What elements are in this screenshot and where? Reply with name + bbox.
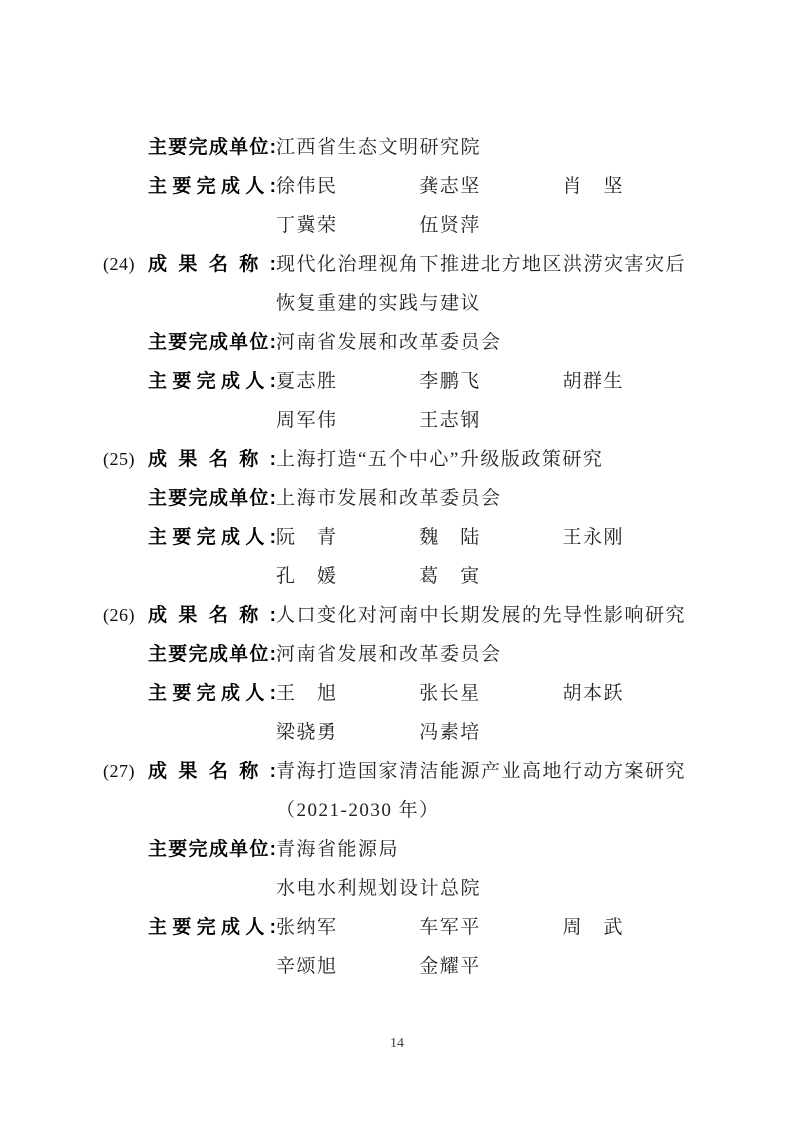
person-name: 梁骁勇 [276, 713, 413, 752]
persons-line: 周军伟 王志钢 [276, 401, 734, 440]
units-label: 主要完成单位: [148, 128, 276, 167]
unit-row: 主要完成单位: 上海市发展和改革委员会 [103, 479, 734, 518]
person-name: 徐伟民 [276, 167, 413, 206]
person-name: 龚志坚 [419, 167, 556, 206]
entry-number: (25) [103, 440, 148, 479]
result-title: 人口变化对河南中长期发展的先导性影响研究 [276, 596, 734, 635]
document-content: 主要完成单位: 江西省生态文明研究院 主要完成人: 徐伟民 龚志坚 肖 坚 丁冀… [0, 0, 794, 986]
unit-name: 上海市发展和改革委员会 [276, 479, 734, 518]
unit-row: 主要完成单位: 青海省能源局 [103, 830, 734, 869]
persons-continuation-row: 辛颂旭 金耀平 [103, 947, 734, 986]
persons-line: 梁骁勇 冯素培 [276, 713, 734, 752]
result-name-label: 成果名称: [148, 440, 276, 479]
persons-line: 徐伟民 龚志坚 肖 坚 [276, 167, 734, 206]
result-title-continued: （2021-2030 年） [276, 791, 734, 830]
person-name: 阮 青 [276, 518, 413, 557]
person-name: 张纳军 [276, 908, 413, 947]
persons-label: 主要完成人: [148, 362, 276, 401]
person-name: 王志钢 [419, 401, 556, 440]
title-row: (27) 成果名称: 青海打造国家清洁能源产业高地行动方案研究 [103, 752, 734, 791]
document-page: 主要完成单位: 江西省生态文明研究院 主要完成人: 徐伟民 龚志坚 肖 坚 丁冀… [0, 0, 794, 1123]
unit-row: 主要完成单位: 河南省发展和改革委员会 [103, 635, 734, 674]
result-title-continued: 恢复重建的实践与建议 [276, 284, 734, 323]
result-name-label: 成果名称: [148, 245, 276, 284]
unit-name: 江西省生态文明研究院 [276, 128, 734, 167]
page-number: 14 [0, 1036, 794, 1052]
entry-number: (26) [103, 596, 148, 635]
persons-label: 主要完成人: [148, 518, 276, 557]
title-row: (24) 成果名称: 现代化治理视角下推进北方地区洪涝灾害灾后 [103, 245, 734, 284]
title-continuation-row: （2021-2030 年） [103, 791, 734, 830]
unit-name: 河南省发展和改革委员会 [276, 635, 734, 674]
unit-name: 青海省能源局 [276, 830, 734, 869]
title-continuation-row: 恢复重建的实践与建议 [103, 284, 734, 323]
unit-continuation-row: 水电水利规划设计总院 [103, 869, 734, 908]
persons-line: 王 旭 张长星 胡本跃 [276, 674, 734, 713]
person-name: 魏 陆 [419, 518, 556, 557]
result-title: 现代化治理视角下推进北方地区洪涝灾害灾后 [276, 245, 734, 284]
result-title: 上海打造“五个中心”升级版政策研究 [276, 440, 734, 479]
person-name: 周军伟 [276, 401, 413, 440]
person-name: 王永刚 [563, 518, 700, 557]
person-name: 肖 坚 [563, 167, 700, 206]
persons-line: 辛颂旭 金耀平 [276, 947, 734, 986]
persons-row: 主要完成人: 夏志胜 李鹏飞 胡群生 [103, 362, 734, 401]
persons-label: 主要完成人: [148, 908, 276, 947]
person-name: 金耀平 [419, 947, 556, 986]
persons-line: 丁冀荣 伍贤萍 [276, 206, 734, 245]
person-name: 车军平 [419, 908, 556, 947]
entry-number: (24) [103, 245, 148, 284]
persons-line: 阮 青 魏 陆 王永刚 [276, 518, 734, 557]
title-row: (26) 成果名称: 人口变化对河南中长期发展的先导性影响研究 [103, 596, 734, 635]
persons-row: 主要完成人: 徐伟民 龚志坚 肖 坚 [103, 167, 734, 206]
unit-row: 主要完成单位: 江西省生态文明研究院 [103, 128, 734, 167]
person-name: 夏志胜 [276, 362, 413, 401]
persons-line: 张纳军 车军平 周 武 [276, 908, 734, 947]
person-name: 冯素培 [419, 713, 556, 752]
persons-line: 孔 媛 葛 寅 [276, 557, 734, 596]
persons-continuation-row: 周军伟 王志钢 [103, 401, 734, 440]
units-label: 主要完成单位: [148, 323, 276, 362]
person-name: 孔 媛 [276, 557, 413, 596]
person-name: 胡本跃 [563, 674, 700, 713]
result-title: 青海打造国家清洁能源产业高地行动方案研究 [276, 752, 734, 791]
units-label: 主要完成单位: [148, 830, 276, 869]
person-name: 辛颂旭 [276, 947, 413, 986]
unit-name: 河南省发展和改革委员会 [276, 323, 734, 362]
persons-continuation-row: 孔 媛 葛 寅 [103, 557, 734, 596]
persons-label: 主要完成人: [148, 674, 276, 713]
persons-row: 主要完成人: 阮 青 魏 陆 王永刚 [103, 518, 734, 557]
person-name: 胡群生 [563, 362, 700, 401]
person-name: 伍贤萍 [419, 206, 556, 245]
entry-number: (27) [103, 752, 148, 791]
person-name: 周 武 [563, 908, 700, 947]
person-name: 张长星 [419, 674, 556, 713]
unit-row: 主要完成单位: 河南省发展和改革委员会 [103, 323, 734, 362]
persons-row: 主要完成人: 张纳军 车军平 周 武 [103, 908, 734, 947]
units-label: 主要完成单位: [148, 479, 276, 518]
person-name: 李鹏飞 [419, 362, 556, 401]
persons-label: 主要完成人: [148, 167, 276, 206]
person-name: 丁冀荣 [276, 206, 413, 245]
unit-name: 水电水利规划设计总院 [276, 869, 734, 908]
title-row: (25) 成果名称: 上海打造“五个中心”升级版政策研究 [103, 440, 734, 479]
person-name: 王 旭 [276, 674, 413, 713]
units-label: 主要完成单位: [148, 635, 276, 674]
person-name: 葛 寅 [419, 557, 556, 596]
persons-continuation-row: 丁冀荣 伍贤萍 [103, 206, 734, 245]
persons-line: 夏志胜 李鹏飞 胡群生 [276, 362, 734, 401]
result-name-label: 成果名称: [148, 752, 276, 791]
result-name-label: 成果名称: [148, 596, 276, 635]
persons-continuation-row: 梁骁勇 冯素培 [103, 713, 734, 752]
persons-row: 主要完成人: 王 旭 张长星 胡本跃 [103, 674, 734, 713]
